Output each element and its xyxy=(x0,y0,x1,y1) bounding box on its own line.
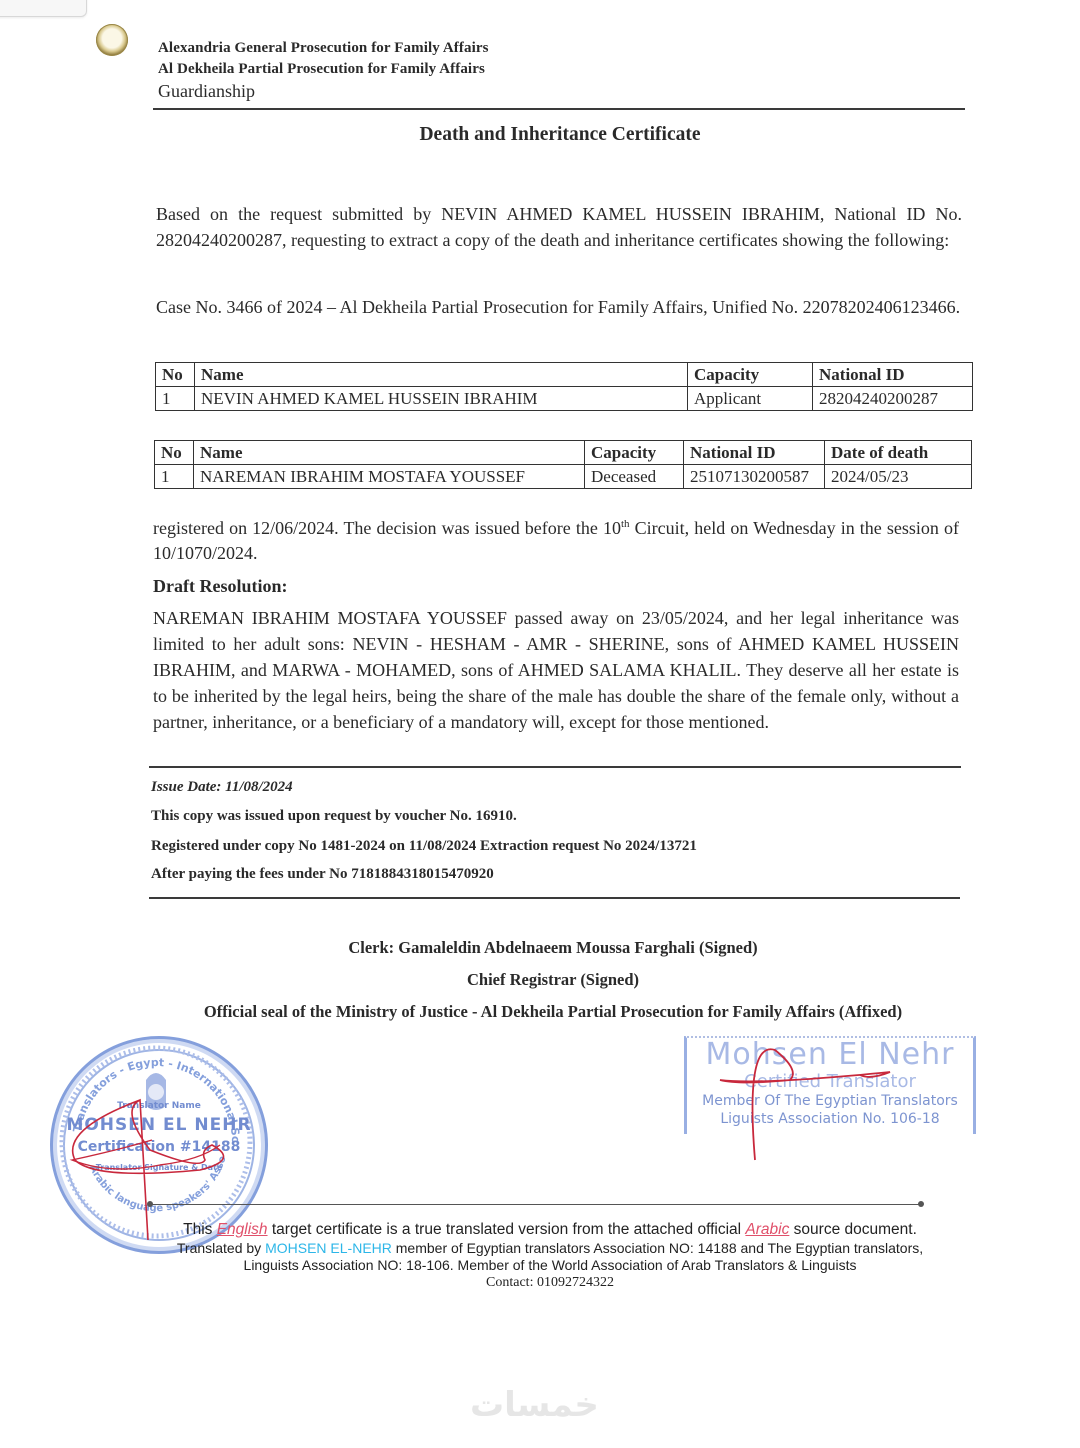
stamp-label: Translator Name xyxy=(53,1101,265,1111)
divider-endpoint-icon xyxy=(147,1201,153,1207)
draft-resolution-text: NAREMAN IBRAHIM MOSTAFA YOUSSEF passed a… xyxy=(153,605,959,735)
footer-text: target certificate is a true translated … xyxy=(268,1221,746,1238)
col-name: Name xyxy=(194,441,585,465)
stamp-rect-name: Mohsen El Nehr xyxy=(687,1038,973,1072)
cell-capacity: Deceased xyxy=(585,465,684,489)
deceased-table: No Name Capacity National ID Date of dea… xyxy=(154,440,972,489)
cell-name: NAREMAN IBRAHIM MOSTAFA YOUSSEF xyxy=(194,465,585,489)
header-prosecution-general: Alexandria General Prosecution for Famil… xyxy=(158,40,489,57)
stamp-cert: Certification #14188 xyxy=(53,1139,265,1155)
registration-paragraph: registered on 12/06/2024. The decision w… xyxy=(153,512,959,566)
applicant-table: No Name Capacity National ID 1 NEVIN AHM… xyxy=(155,362,973,411)
cell-capacity: Applicant xyxy=(688,387,813,411)
cell-national-id: 28204240200287 xyxy=(813,387,973,411)
document-title: Death and Inheritance Certificate xyxy=(0,124,1080,146)
translator-name: MOHSEN EL-NEHR xyxy=(265,1240,392,1256)
watermark-logo: خمسات xyxy=(470,1385,599,1425)
cell-no: 1 xyxy=(156,387,195,411)
official-seal-line: Official seal of the Ministry of Justice… xyxy=(0,1002,1080,1022)
ordinal-suffix: th xyxy=(621,518,630,530)
stamp-rect-membership: Member Of The Egyptian Translators xyxy=(687,1092,973,1110)
issue-date: Issue Date: 11/08/2024 xyxy=(151,779,293,796)
col-national-id: National ID xyxy=(813,363,973,387)
header-prosecution-partial: Al Dekheila Partial Prosecution for Fami… xyxy=(158,61,485,78)
footer-divider xyxy=(150,1204,922,1205)
section-divider xyxy=(149,897,960,899)
intro-paragraph: Based on the request submitted by NEVIN … xyxy=(156,201,962,253)
translator-rect-stamp: Mohsen El Nehr Certified Translator Memb… xyxy=(684,1036,976,1134)
stamp-sig-label: Translator Signature & Date xyxy=(53,1163,265,1172)
col-national-id: National ID xyxy=(684,441,825,465)
registration-line: Registered under copy No 1481-2024 on 11… xyxy=(151,838,697,855)
registration-text-a: registered on 12/06/2024. The decision w… xyxy=(153,518,621,538)
source-language-english: English xyxy=(217,1221,268,1238)
table-header-row: No Name Capacity National ID Date of dea… xyxy=(155,441,972,465)
emblem-icon xyxy=(96,24,128,56)
table-row: 1 NEVIN AHMED KAMEL HUSSEIN IBRAHIM Appl… xyxy=(156,387,973,411)
col-no: No xyxy=(156,363,195,387)
translation-certification: This English target certificate is a tru… xyxy=(0,1221,1080,1239)
registrar-signature-line: Chief Registrar (Signed) xyxy=(0,970,1080,990)
stamp-name: MOHSEN EL NEHR xyxy=(53,1115,265,1135)
cell-no: 1 xyxy=(155,465,194,489)
header-department: Guardianship xyxy=(158,81,255,102)
footer-text: member of Egyptian translators Associati… xyxy=(392,1240,923,1256)
source-language-arabic: Arabic xyxy=(745,1221,789,1238)
translator-association: Linguists Association NO: 18-106. Member… xyxy=(0,1257,1080,1273)
col-no: No xyxy=(155,441,194,465)
header-divider xyxy=(153,108,965,110)
col-capacity: Capacity xyxy=(585,441,684,465)
translator-contact: Contact: 01092724322 xyxy=(0,1275,1080,1291)
footer-text: source document. xyxy=(789,1221,917,1238)
col-capacity: Capacity xyxy=(688,363,813,387)
cell-name: NEVIN AHMED KAMEL HUSSEIN IBRAHIM xyxy=(195,387,688,411)
stamp-rect-association: Liguists Association No. 106-18 xyxy=(687,1110,973,1128)
corner-tab xyxy=(0,0,87,17)
footer-text: This xyxy=(183,1221,217,1238)
col-name: Name xyxy=(195,363,688,387)
case-paragraph: Case No. 3466 of 2024 – Al Dekheila Part… xyxy=(156,294,962,320)
translator-credit: Translated by MOHSEN EL-NEHR member of E… xyxy=(0,1240,1080,1256)
table-header-row: No Name Capacity National ID xyxy=(156,363,973,387)
clerk-signature-line: Clerk: Gamaleldin Abdelnaeem Moussa Farg… xyxy=(0,938,1080,958)
divider-endpoint-icon xyxy=(918,1201,924,1207)
col-date-of-death: Date of death xyxy=(825,441,972,465)
table-row: 1 NAREMAN IBRAHIM MOSTAFA YOUSSEF Deceas… xyxy=(155,465,972,489)
draft-resolution-heading: Draft Resolution: xyxy=(153,576,287,597)
fees-line: After paying the fees under No 718188431… xyxy=(151,866,494,883)
cell-date-of-death: 2024/05/23 xyxy=(825,465,972,489)
footer-text: Translated by xyxy=(177,1240,265,1256)
cell-national-id: 25107130200587 xyxy=(684,465,825,489)
stamp-rect-role: Certified Translator xyxy=(687,1072,973,1092)
voucher-line: This copy was issued upon request by vou… xyxy=(151,808,517,825)
section-divider xyxy=(149,766,961,768)
